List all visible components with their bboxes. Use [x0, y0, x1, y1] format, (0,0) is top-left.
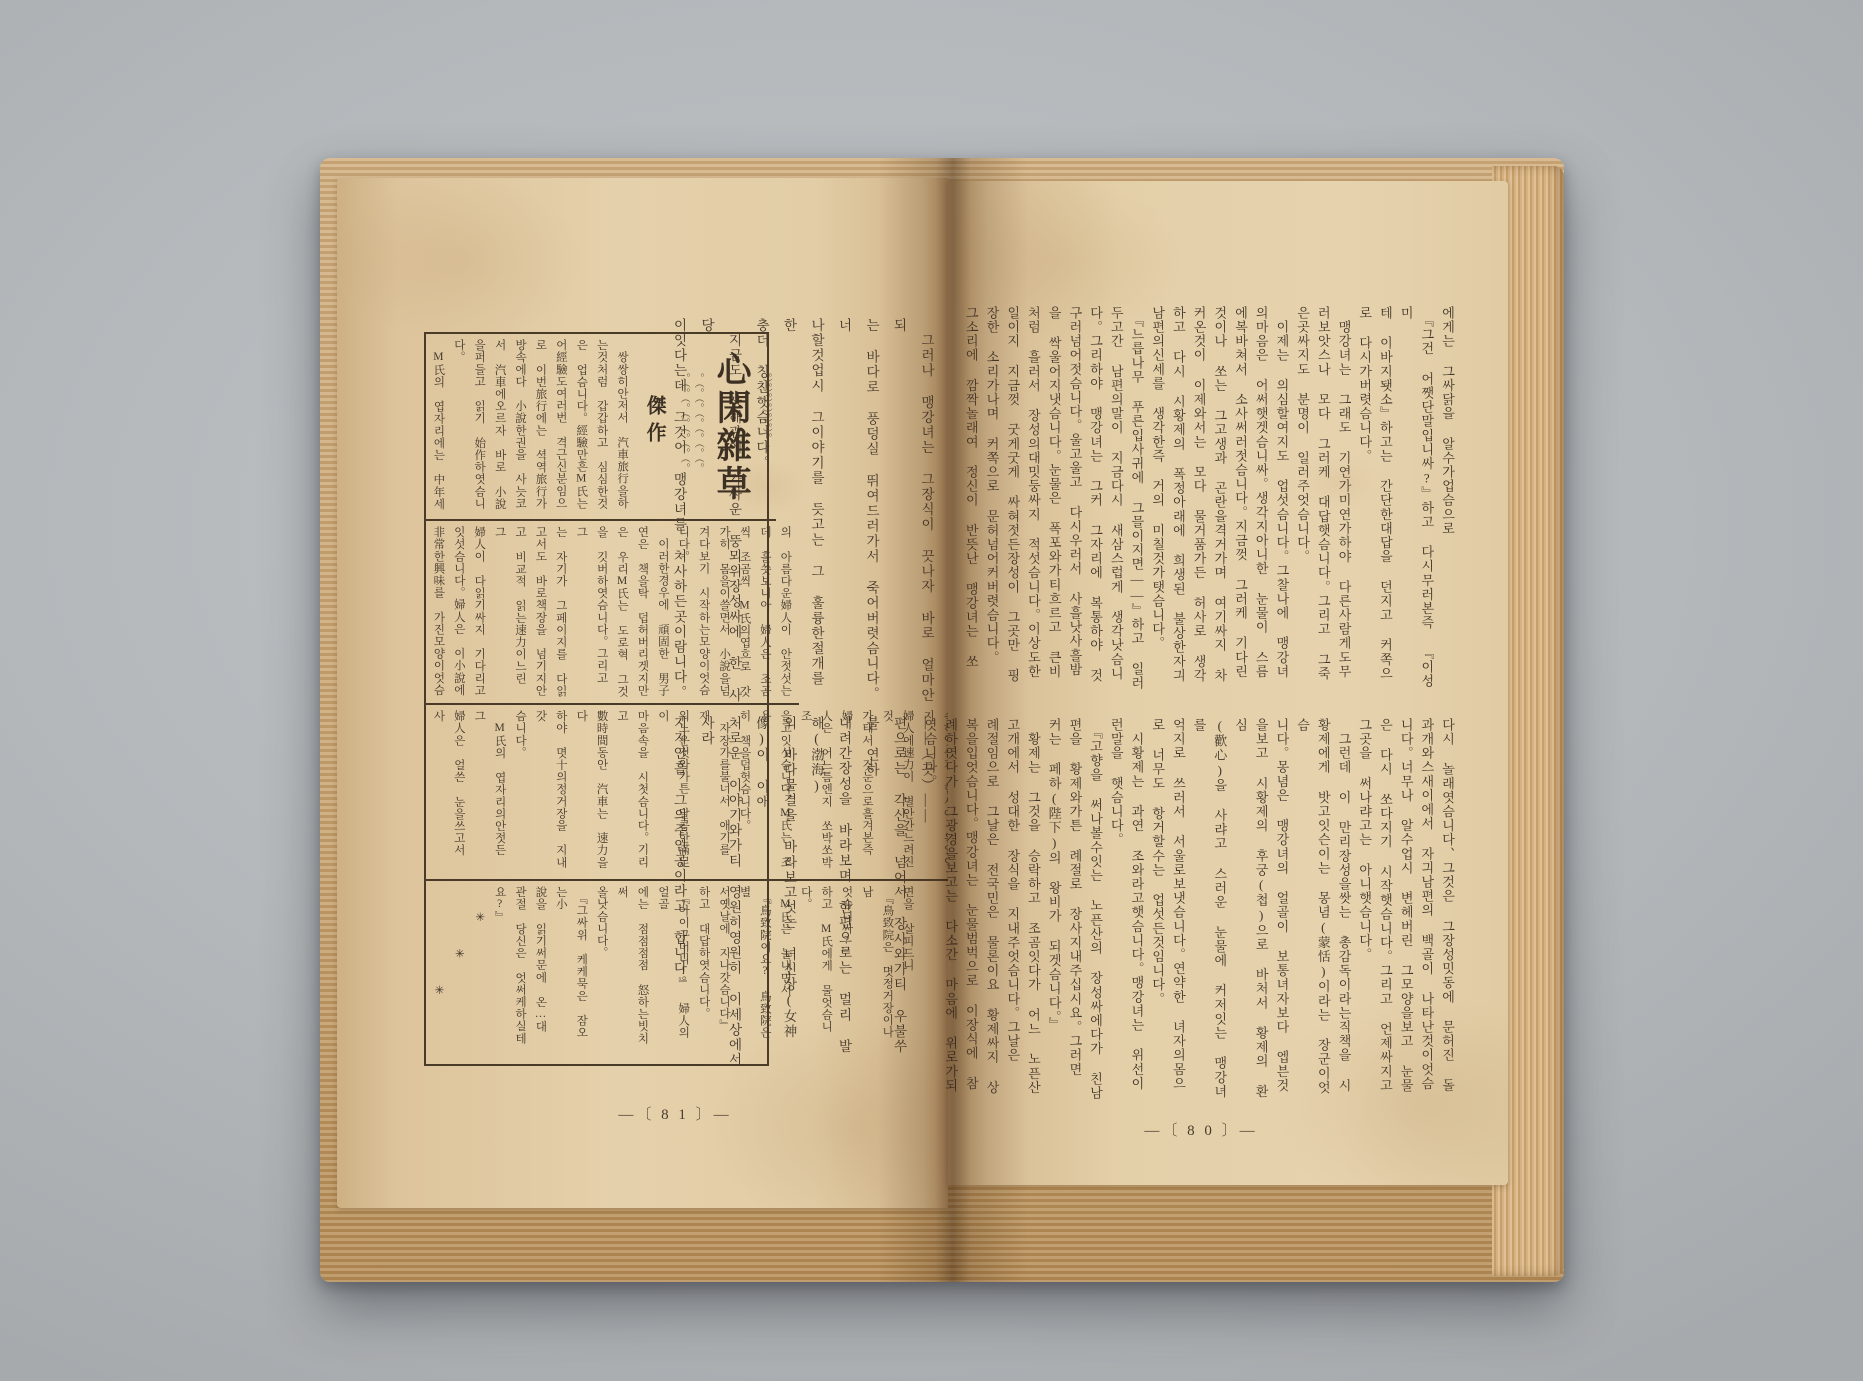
text-column: 은곳싸지도 분명이 일러주엇슴니다。 [1291, 306, 1312, 698]
text-column: 고 비교적 읽는速力이느린 그 [489, 526, 530, 701]
text-column: 에게는 그싸닭을 알수가업슴으로 [1436, 306, 1457, 698]
text-column: 런말을 햇슴니다。 [1105, 718, 1126, 1108]
text-column: 올낫슴니다。 [591, 886, 611, 1048]
text-column: 을퍼들고 읽기 始作하엿슴니 [469, 339, 489, 517]
text-column: 하야 몃十의정거장을 지내갓 [530, 710, 571, 877]
text-column: M氏의 엽자리의안젓든 그 [469, 710, 510, 877]
text-column: 는것처럼 갑갑하고 심심한것 [591, 339, 611, 517]
text-column: 에복바쳐서 소사써러젓슴니다。지금껏 그러케 기다린 [1229, 306, 1250, 698]
text-column: 쌍쌍히안저서 汽車旅行을하 [612, 339, 632, 517]
text-column: 은 다시 쏘다지기 시작햇슴니다。그리고 언제싸지고 [1374, 718, 1395, 1108]
text-column: 두고간 남편의말이 지금다시 새삼스럽게 생각낫슴니 [1105, 306, 1126, 698]
text-column: 맹강녀는 그래도 기연가미연가하야 다른사람게도무 [1333, 306, 1354, 698]
text-column: 례절임으로 그날은 전국민은 물론이요 황제싸지 상 [981, 718, 1002, 1108]
text-column: 人은 어느틈엔지 쏘박쏘박 조 [795, 710, 836, 877]
text-column: 복을입엇슴니다。맹강녀는 눈물범벅으로 이장식에 참 [960, 718, 981, 1108]
text-column: 커는 페하(陛下)의 왕비가 되겟슴니다。』 [1043, 718, 1064, 1108]
text-column: 관절 당신은 엇써케하실테 [510, 886, 530, 1048]
text-column: 장한 소리가나며 커쪽으로 문허넘어커버렷슴니다。 [981, 306, 1002, 698]
text-column: 슴니다。 [510, 710, 530, 877]
text-column: M氏의 엽자리에는 中年세 [428, 339, 448, 517]
right-page: 에게는 그싸닭을 알수가업슴으로 『그건 어쨋단말입니싸?』하고 다시무러본즉 … [948, 181, 1508, 1185]
text-column: 고개에서 성대한 장식을 지내주엇슴니다。그날은 [1002, 718, 1023, 1108]
box-section-4: 면을 살피드니 『鳥致院은 몃정거장이나 남엇슴니싸?』하고 M氏에게 물엇슴니… [426, 881, 922, 1050]
text-column: 그런데 이 만리장성을쌋는 총감독이라는직책을 시 [1333, 718, 1354, 1108]
page-number-80: —〔 8 0 〕— [1101, 1119, 1301, 1140]
text-column: 서옛날에 지나갓슴니다』 [714, 886, 734, 1048]
text-column: 례하엿다가 그광경을보고는 다소간 마음에 위로가되 [939, 718, 960, 1108]
text-column: 이러한경우에 頑固한 男子 [652, 526, 672, 701]
right-lower-tier: 다시 놀래엿슴니다、그것은 그장성밋동에 문허진 돌과개와스새이에서 자긔남편의… [919, 718, 1457, 1108]
text-column: 로 너무도 항거할수는 업섯든것임니다。 [1146, 718, 1167, 1108]
text-column: 엿슴니다。 [919, 718, 940, 1108]
text-column: 이제는 의심할여지도 업섯슴니다。그찰나에 맹강녀 [1271, 306, 1292, 698]
text-column: 워노은것와가튼 달콤한滿足이 [652, 710, 693, 877]
text-column: 하고 M氏에게 물엇슴니다。 [795, 886, 836, 1048]
text-column: 을보고 시황제의 후궁(첩)으로 바처서 황제의 환심 [1229, 718, 1270, 1108]
text-column: ✳ [428, 886, 448, 1048]
text-column: 『그건 어쨋단말입니싸?』하고 다시무러본즉 『이성미 [1395, 306, 1436, 698]
text-column: 에는 점점점점 怒하는빗치써 [612, 886, 653, 1048]
text-column: 『아이구머니!』 婦人의얼골 [652, 886, 693, 1048]
text-column: 說을 읽기써문에 온…대 [530, 886, 550, 1048]
text-column: 婦人은 얼쓴 눈을쓰고서 사 [428, 710, 469, 877]
text-column: 로 다시가버렷슴니다。 [1353, 306, 1374, 698]
text-column: 커온것이 이제와서는 모다 물거품가든 허사로 생각 [1188, 306, 1209, 698]
text-column: 을고잇섯슴니다。M氏는 조용 [755, 710, 796, 877]
text-column: 數時間동안 汽車는 速力을다 [571, 710, 612, 877]
left-page: 그러나 맹강녀는 그장식이 끗나자 바로 얼마안되는 바다로 풍덩실 뛰여드러가… [337, 178, 948, 1208]
text-column: 러보앗스나 모다 그러케 대답햇슴니다。그리고 그죽 [1312, 306, 1333, 698]
text-column: 는 자기가 그페이지를 다읽 [550, 526, 570, 701]
text-column: 『鳥致院은 몃정거장이나 남 [857, 886, 898, 1048]
page-number-81: —〔 8 1 〕— [575, 1103, 775, 1124]
text-column: 겨다보기 시작하는모양이엇슴 [693, 526, 713, 701]
text-column: 테 이바지됏소』하고는 간단한대답을 던지고 커쪽으 [1374, 306, 1395, 698]
text-column: 의마음은 어써햇겟슴니싸。생각지아니한 눈물이 스름 [1250, 306, 1271, 698]
feature-box-article: 。）。）。）。）。）。）。 心閑雜草 。（。（。（。（。（。（。 。（。（。（。… [424, 332, 769, 1066]
text-column: ✳ [448, 886, 468, 1048]
article-heading: 傑作 [632, 339, 676, 517]
text-column: 황제는 그것을 승락하고 조곰잇다가 어느 노픈산 [1022, 718, 1043, 1108]
text-column: 가태서 것눈으로흘겨본즉 婦 [836, 710, 877, 877]
text-column: 『고향을 써나볼수잇는 노픈산의 장성싸에다가 친남 [1084, 718, 1105, 1108]
text-column: 『그싸위 케케묵은 잠오는小 [550, 886, 591, 1048]
text-column: 의 아름다운婦人이 안젓섯는 [775, 526, 795, 701]
text-column: 데 흘씃보니아 婦人은 조곰 [755, 526, 775, 701]
text-column: 편을 황제와가튼 례절로 장사지내주십시요。그러면 [1064, 718, 1085, 1108]
text-column: 요?』 [489, 886, 509, 1048]
text-column: 씩 조곰씩 M氏의엽흐로 갓 [734, 526, 754, 701]
text-column: 을 싹울어지냇슴니다。눈물은 폭포와가티흐르고 큰비 [1043, 306, 1064, 698]
text-column: 어經驗도여러번 격근신분임으 [550, 339, 570, 517]
text-column: 남편의신세를 생각한즉 거의 미칠것가탯슴니다。 [1146, 306, 1167, 698]
title-decoration-left: 。（。（。（。（。（。（。 [690, 339, 704, 517]
text-column: 시황제는 과연 조와라고햇슴니다。맹강녀는 위선이 [1126, 718, 1147, 1108]
text-column: 니다。너무나 알수업시 변헤버린 그모양을보고 눈물 [1395, 718, 1416, 1108]
text-column: 니다。 [673, 526, 693, 701]
right-upper-tier: 에게는 그싸닭을 알수가업슴으로 『그건 어쨋단말입니싸?』하고 다시무러본즉 … [960, 306, 1457, 698]
text-column: 은 우리M氏는 도로혁 그것 [612, 526, 632, 701]
text-column: 황제에게 밧고잇슨이는 몽념(蒙恬)이라는 장군이엇슴 [1291, 718, 1332, 1108]
text-column: 일이지 지금껏 굿게굿게 싸혀젓든장성이 그곳만 핑 [1002, 306, 1023, 698]
text-column: 그곳을 써나랴고는 아니햇슴니다。 [1353, 718, 1374, 1108]
text-column: 하고 대답하엿슴니다。 [693, 886, 713, 1048]
text-column: M氏는 놀내면서 [775, 886, 795, 1048]
text-column: 과개와스새이에서 자긔남편의 백골이 나타난것이엇슴 [1416, 718, 1437, 1108]
text-column: 방속에다 小說한권을 사늣코 [510, 339, 530, 517]
box-section-2: 의 아름다운婦人이 안젓섯는데 흘씃보니아 婦人은 조곰씩 조곰씩 M氏의엽흐로… [426, 521, 799, 705]
photo-of-open-book: 그러나 맹강녀는 그장식이 끗나자 바로 얼마안되는 바다로 풍덩실 뛰여드러가… [0, 0, 1863, 1381]
text-column: 非常한興味를 가진모양이엇슴 [428, 526, 448, 701]
text-column: 면을 살피드니 [897, 886, 917, 1048]
box-section-title: 。）。）。）。）。）。）。 心閑雜草 。（。（。（。（。（。（。 。（。（。（。… [426, 334, 776, 521]
text-column: 처럼 흘러서 장성의대밋둥싸지 적섯슴니다。이상도한 [1022, 306, 1043, 698]
text-column: 로 이번旅行에는 셕역旅行가 [530, 339, 550, 517]
text-column: 『鳥致院이요? 鳥致院은 별 [734, 886, 775, 1048]
text-column: 하고 다시 시황제의 폭정아래에 희생된 불상한자긔 [1167, 306, 1188, 698]
text-column: 마음속을 시첫슴니다。기리고 [612, 710, 653, 877]
text-column: 다。그리하야 맹강녀는 그커 그자리에 복통하야 것 [1084, 306, 1105, 698]
text-column: 는 바다로 풍덩실 뛰여드러가서 죽어버렷슴니다。너 [830, 318, 885, 710]
text-column: 가히 몸을이쓸면서 小說을넘 [714, 526, 734, 701]
text-column: 다。 [448, 339, 468, 517]
text-column: 자장가를불너서 애기를 재 [693, 710, 734, 877]
text-column: 것이나 쏘는 그고생과 곤란을격거가며 여기싸지 차 [1209, 306, 1230, 698]
text-column: 婦人에速力이 별안간느려진것 [877, 710, 918, 877]
text-column: 고서도 바로책장을 넘기지안 [530, 526, 550, 701]
text-column: 그소리에 깜짝놀래여 정신이 반뜻난 맹강녀는 쏘 [960, 306, 981, 698]
title-decoration-right: 。）。）。）。）。）。）。 [758, 339, 772, 517]
text-column: 연은 책을탁 덥허버리겟지만 [632, 526, 652, 701]
text-column: 히 책을덥헛슴니다。 [734, 710, 754, 877]
title-decoration-left: 。（。（。（。（。（。（。 [676, 339, 690, 517]
text-column: 서 汽車에오르자 바로 小說 [489, 339, 509, 517]
text-column: 잇섯슴니다。婦人은 이小說에 [448, 526, 468, 701]
text-column: 그러나 맹강녀는 그장식이 끗나자 바로 얼마안되 [885, 318, 940, 710]
text-column: 엇슴니싸?』 [836, 886, 856, 1048]
text-column: 婦人이 다읽기싸지 기다리고 [469, 526, 489, 701]
text-column: (歡心)을 사랴고 스러운 눈물에 커저잇는 맹강녀를 [1188, 718, 1229, 1108]
text-column: 『느릅나무 푸른입사귀에 그믈이지면——』하고 일러 [1126, 306, 1147, 698]
text-column: 니다。몽념은 맹강녀의 얼골이 보통녀자보다 엡븐것 [1271, 718, 1292, 1108]
text-column: 억지로 쓰러서 서울로보냇슴니다。연약한 녀자의몸으 [1167, 718, 1188, 1108]
book: 그러나 맹강녀는 그장식이 끗나자 바로 얼마안되는 바다로 풍덩실 뛰여드러가… [320, 158, 1564, 1282]
text-column: ✳ [469, 886, 489, 1048]
text-column: 다시 놀래엿슴니다、그것은 그장성밋동에 문허진 돌 [1436, 718, 1457, 1108]
text-column: 을 깃버하엿슴니다。그리고 그 [571, 526, 612, 701]
text-column: 구러넘어젓슴니다。울고울고 다시우러서 사흘낫사흘밤 [1064, 306, 1085, 698]
article-title: 心閑雜草 [704, 339, 758, 517]
text-column: 은 업슴니다。經驗만흔M氏는 [571, 339, 591, 517]
